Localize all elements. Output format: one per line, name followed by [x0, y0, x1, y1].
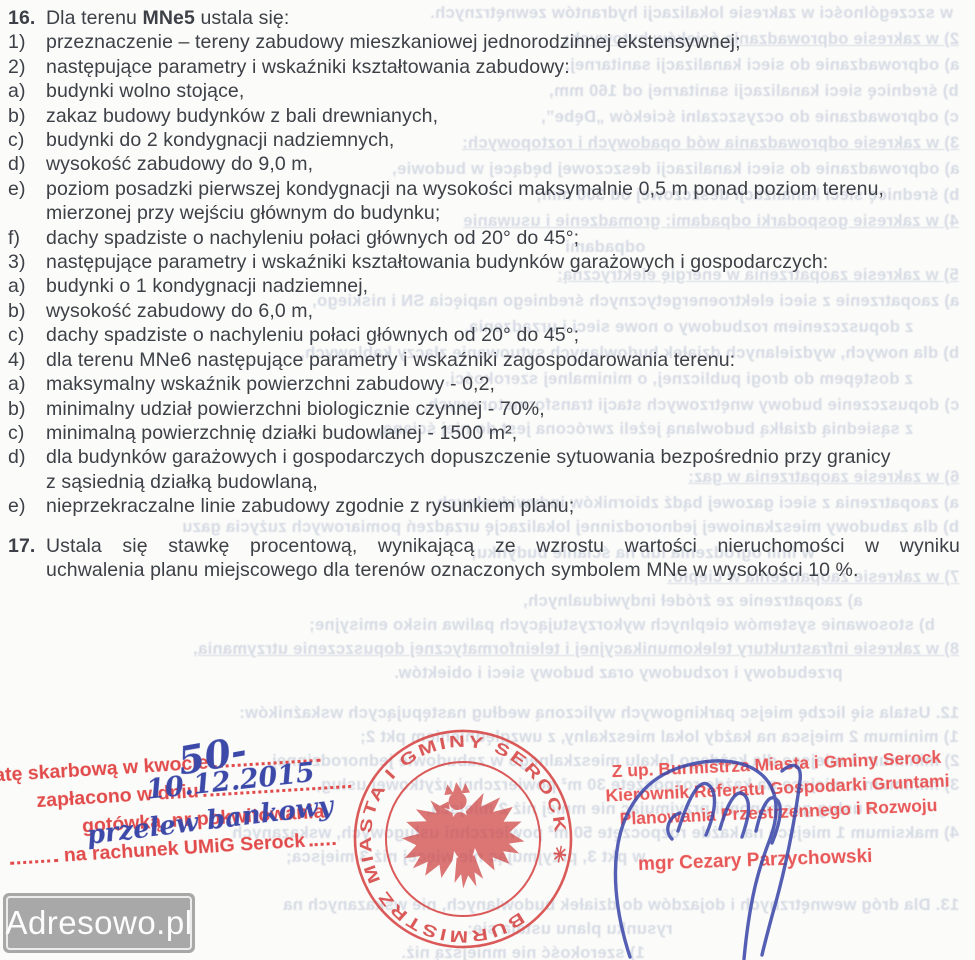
list-marker: b) [8, 299, 46, 323]
clause-text: minimalny udział powierzchni biologiczni… [46, 397, 960, 421]
list-marker: d) [8, 152, 46, 176]
list-marker: 16. [8, 6, 46, 30]
clause-item: e) poziom posadzki pierwszej kondygnacji… [8, 177, 960, 226]
watermark-label: Adresowo.pl [5, 904, 192, 942]
list-marker: e) [8, 177, 46, 226]
dotted-leader [308, 827, 335, 847]
clause-text: dla budynków garażowych i gospodarczych … [46, 445, 960, 494]
clause-text: budynki o 1 kondygnacji nadziemnej, [46, 274, 960, 298]
clause-text: wysokość zabudowy do 6,0 m, [46, 299, 960, 323]
text-line: uchwalenia planu miejscowego dla terenów… [46, 558, 960, 582]
text-line: nieprzekraczalne linie zabudowy zgodnie … [46, 494, 960, 518]
text-line: dachy spadziste o nachyleniu połaci głów… [46, 226, 960, 250]
clause-text: dachy spadziste o nachyleniu połaci głów… [46, 323, 960, 347]
text-line: minimalny udział powierzchni biologiczni… [46, 397, 960, 421]
clause-text: poziom posadzki pierwszej kondygnacji na… [46, 177, 960, 226]
text-line: budynki do 2 kondygnacji nadziemnych, [46, 128, 960, 152]
text-run: ustala się: [195, 7, 289, 29]
text-line: maksymalny wskaźnik powierzchni zabudowy… [46, 372, 960, 396]
clause-item: d) wysokość zabudowy do 9,0 m, [8, 152, 960, 176]
clause-text: dachy spadziste o nachyleniu połaci głów… [46, 226, 960, 250]
clause-text: wysokość zabudowy do 9,0 m, [46, 152, 960, 176]
text-line: mierzonej przy wejściu głównym do budynk… [46, 201, 960, 225]
round-seal-stamp: BURMISTRZ MIASTA I GMINY SEROCK ✳ [338, 720, 588, 960]
list-marker: 17. [8, 534, 46, 583]
text-line: wysokość zabudowy do 9,0 m, [46, 152, 960, 176]
list-marker: 2) [8, 55, 46, 79]
clause-text: następujące parametry i wskaźniki kształ… [46, 55, 960, 79]
signature-scribble [560, 735, 860, 960]
bleedthrough-line: przebudowy i rozbudowy oraz budowy sieci… [394, 664, 843, 683]
clause-text: przeznaczenie – tereny zabudowy mieszkan… [46, 30, 960, 54]
text-line: wysokość zabudowy do 6,0 m, [46, 299, 960, 323]
clause-item: f) dachy spadziste o nachyleniu połaci g… [8, 226, 960, 250]
clause-item: 3) następujące parametry i wskaźniki ksz… [8, 250, 960, 274]
clause-item: b) wysokość zabudowy do 6,0 m, [8, 299, 960, 323]
clause-item: a) budynki wolno stojące, [8, 79, 960, 103]
clause-text: następujące parametry i wskaźniki kształ… [46, 250, 960, 274]
clause-text: budynki do 2 kondygnacji nadziemnych, [46, 128, 960, 152]
text-line: budynki wolno stojące, [46, 79, 960, 103]
list-marker: e) [8, 494, 46, 518]
paragraph-text: Dla terenu MNe5 ustala się: [46, 6, 960, 30]
clause-item: a) budynki o 1 kondygnacji nadziemnej, [8, 274, 960, 298]
clause-item: e) nieprzekraczalne linie zabudowy zgodn… [8, 494, 960, 518]
text-line: Ustala się stawkę procentową, wynikającą… [46, 534, 960, 558]
list-marker: f) [8, 226, 46, 250]
clause-item: c) budynki do 2 kondygnacji nadziemnych, [8, 128, 960, 152]
paragraph-text: Ustala się stawkę procentową, wynikającą… [46, 534, 960, 583]
clause-text: maksymalny wskaźnik powierzchni zabudowy… [46, 372, 960, 396]
bleedthrough-line: a) zaopatrzenie ze źródeł indywidualnych… [523, 592, 863, 611]
zone-symbol: MNe5 [143, 7, 195, 29]
clause-list: 1) przeznaczenie – tereny zabudowy miesz… [8, 30, 960, 518]
clause-text: nieprzekraczalne linie zabudowy zgodnie … [46, 494, 960, 518]
clause-item: b) minimalny udział powierzchni biologic… [8, 397, 960, 421]
clause-item: c) minimalną powierzchnię działki budowl… [8, 421, 960, 445]
dotted-leader [9, 844, 58, 865]
clause-text: zakaz budowy budynków z bali drewnianych… [46, 104, 960, 128]
text-line: dla budynków garażowych i gospodarczych … [46, 445, 960, 469]
clause-item: c) dachy spadziste o nachyleniu połaci g… [8, 323, 960, 347]
text-line: zakaz budowy budynków z bali drewnianych… [46, 104, 960, 128]
text-line: dla terenu MNe6 następujące parametry i … [46, 348, 960, 372]
clause-text: dla terenu MNe6 następujące parametry i … [46, 348, 960, 372]
list-marker: 1) [8, 30, 46, 54]
clause-item: a) maksymalny wskaźnik powierzchni zabud… [8, 372, 960, 396]
document-body: 16. Dla terenu MNe5 ustala się: 1) przez… [8, 6, 960, 582]
paragraph-16-heading: 16. Dla terenu MNe5 ustala się: [8, 6, 960, 30]
list-marker: c) [8, 323, 46, 347]
text-line: z sąsiednią działką budowlaną, [46, 470, 960, 494]
clause-text: minimalną powierzchnię działki budowlane… [46, 421, 960, 445]
list-marker: a) [8, 274, 46, 298]
text-line: poziom posadzki pierwszej kondygnacji na… [46, 177, 960, 201]
list-marker: 3) [8, 250, 46, 274]
bleedthrough-line: 8) w zakresie infrastruktury telekomunik… [193, 640, 959, 659]
text-line: następujące parametry i wskaźniki kształ… [46, 250, 960, 274]
text-run: Dla terenu [46, 7, 143, 29]
text-line: przeznaczenie – tereny zabudowy mieszkan… [46, 30, 960, 54]
clause-text: budynki wolno stojące, [46, 79, 960, 103]
text-line: następujące parametry i wskaźniki kształ… [46, 55, 960, 79]
list-marker: c) [8, 128, 46, 152]
list-marker: 4) [8, 348, 46, 372]
clause-item: d) dla budynków garażowych i gospodarczy… [8, 445, 960, 494]
list-marker: d) [8, 445, 46, 494]
bleedthrough-line: b) stosowanie systemów cieplnych wykorzy… [309, 616, 935, 635]
paragraph-17: 17. Ustala się stawkę procentową, wynika… [8, 534, 960, 583]
text-line: minimalną powierzchnię działki budowlane… [46, 421, 960, 445]
clause-item: 1) przeznaczenie – tereny zabudowy miesz… [8, 30, 960, 54]
clause-item: 4) dla terenu MNe6 następujące parametry… [8, 348, 960, 372]
list-marker: b) [8, 104, 46, 128]
scanned-document-page: w szczególności w zakresie lokalizacji h… [0, 0, 975, 960]
eagle-emblem [395, 774, 530, 896]
text-line: budynki o 1 kondygnacji nadziemnej, [46, 274, 960, 298]
list-marker: c) [8, 421, 46, 445]
list-marker: a) [8, 79, 46, 103]
clause-item: b) zakaz budowy budynków z bali drewnian… [8, 104, 960, 128]
watermark-badge: Adresowo.pl [3, 893, 195, 953]
list-marker: b) [8, 397, 46, 421]
list-marker: a) [8, 372, 46, 396]
clause-item: 2) następujące parametry i wskaźniki ksz… [8, 55, 960, 79]
text-line: dachy spadziste o nachyleniu połaci głów… [46, 323, 960, 347]
